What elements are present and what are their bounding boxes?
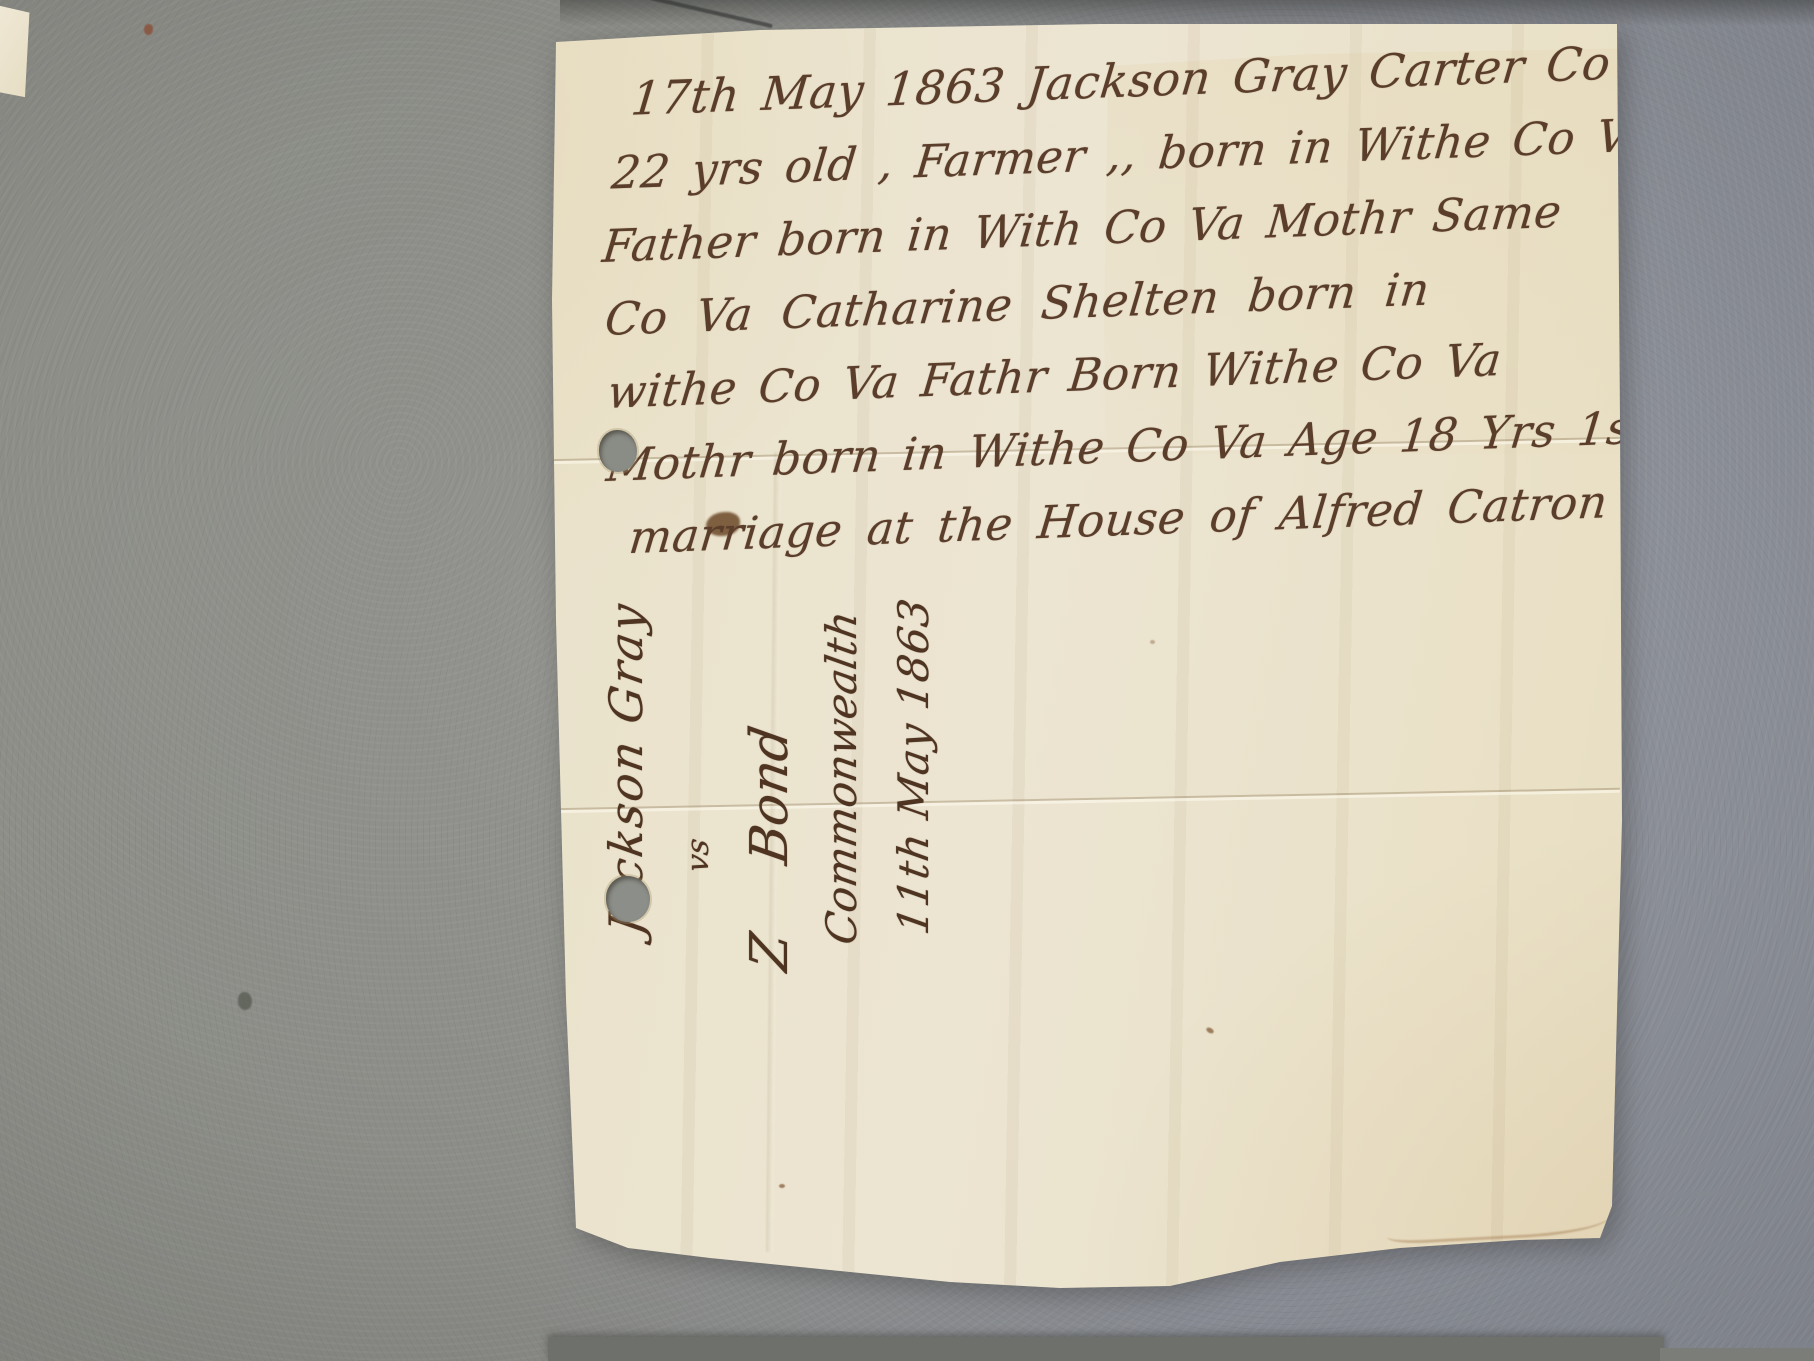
photo-of-handwritten-document: 17th May 1863 Jackson Gray Carter Co Ky … [0,0,1814,1361]
paper-speck [779,1184,785,1188]
document-paper-wrapper: 17th May 1863 Jackson Gray Carter Co Ky … [0,0,1814,1361]
document-paper: 17th May 1863 Jackson Gray Carter Co Ky … [0,0,1814,1361]
rotated-docket-block: Jackson Gray vs Z Bond Commonwealth 11th… [515,545,1025,905]
docket-line: 11th May 1863 [878,464,950,985]
docket-line: Z Bond [734,464,806,985]
punch-hole [599,430,637,472]
paper-speck [1150,640,1155,644]
punch-hole [606,876,650,922]
docket-line: vs [662,464,734,985]
docket-line: Commonwealth [806,464,878,985]
